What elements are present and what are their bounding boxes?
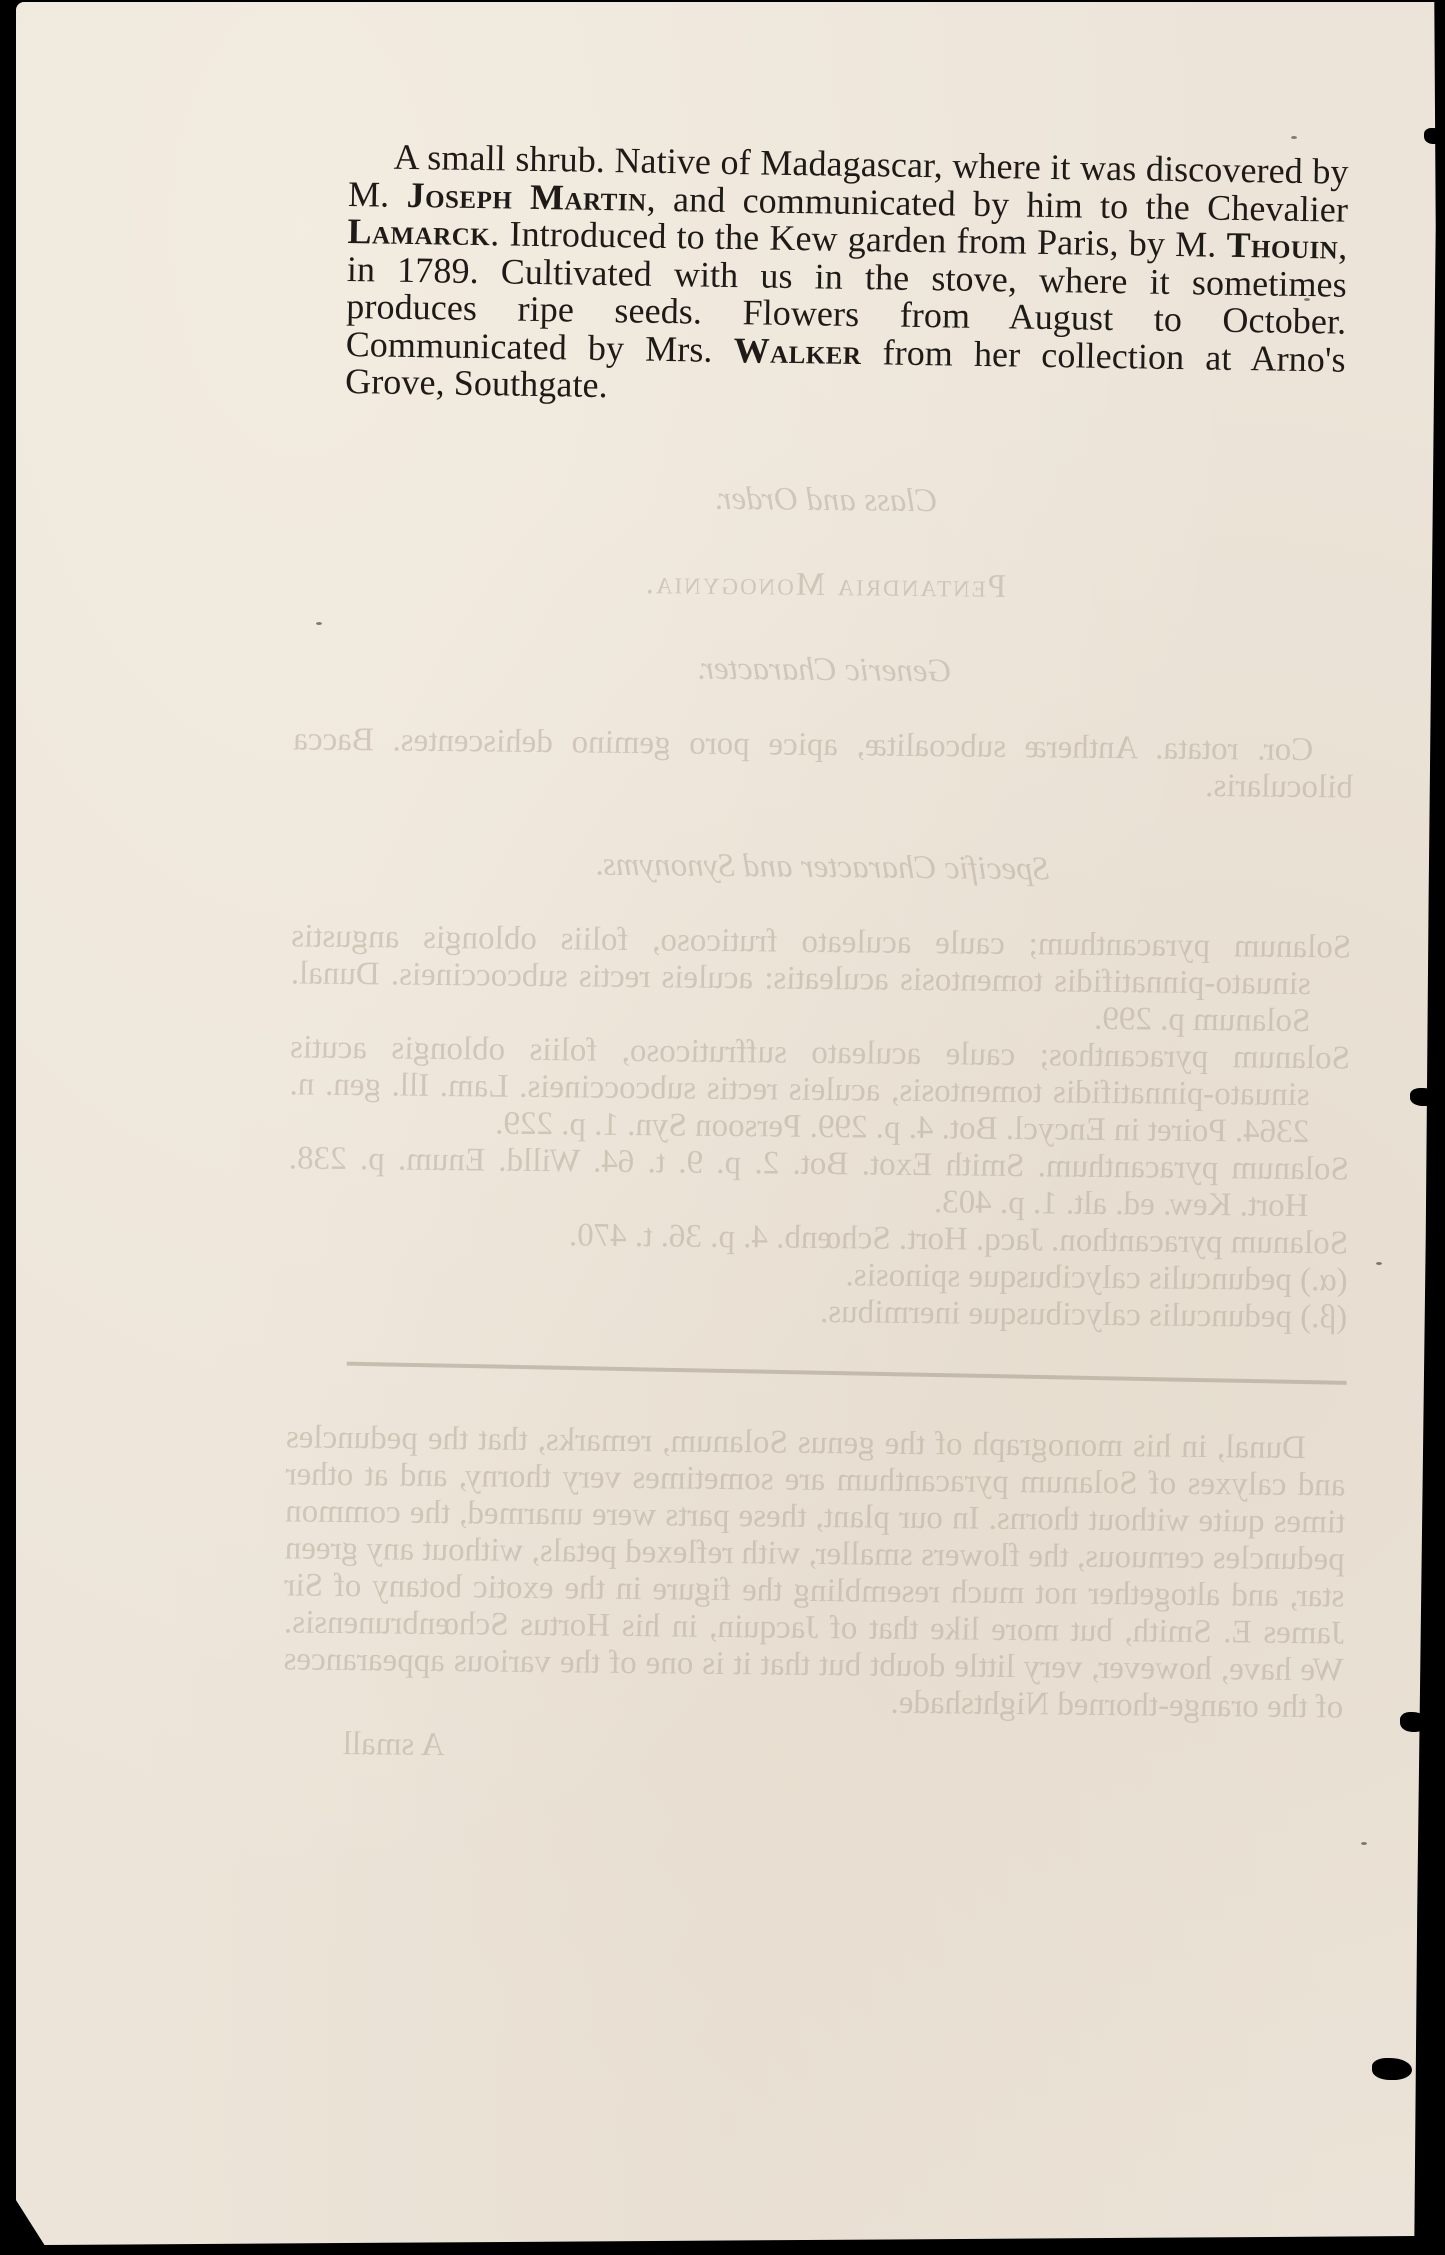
synonym-entry: Solanum pyracanthos; caule aculeato suff… [289, 1029, 1350, 1151]
commentary-paragraph: Dunal, in his monograph of the genus Sol… [283, 1419, 1346, 1726]
show-through-text: Class and Order. Pentandria Monogynia. G… [283, 476, 1356, 1773]
horizontal-rule [347, 1362, 1347, 1385]
synonym-entry: Solanum pyracanthum; caule aculeato frut… [290, 918, 1351, 1040]
paper-speck [1291, 136, 1297, 139]
edge-tear [1410, 1088, 1438, 1106]
paper-speck [316, 622, 322, 625]
catchword: A small [283, 1725, 1343, 1773]
generic-text: Cor. rotata. Antheræ subcoalitæ, apice p… [293, 721, 1354, 806]
paper-speck [1304, 298, 1310, 301]
edge-tear [1424, 128, 1444, 144]
paper-speck [1361, 1842, 1367, 1845]
edge-tear [1400, 1712, 1428, 1732]
person-name-lamarck: Lamarck [347, 211, 490, 253]
paper-speck [1376, 1262, 1382, 1265]
person-name-walker: Walker [733, 330, 862, 372]
person-name-thouin: Thouin [1226, 225, 1338, 267]
main-paragraph: A small shrub. Native of Madagascar, whe… [345, 138, 1349, 416]
paper-page: A small shrub. Native of Madagascar, whe… [16, 2, 1440, 2245]
edge-tear [1372, 2058, 1412, 2080]
synonym-entry: Solanum pyracanthum. Smith Exot. Bot. 2.… [288, 1140, 1349, 1225]
